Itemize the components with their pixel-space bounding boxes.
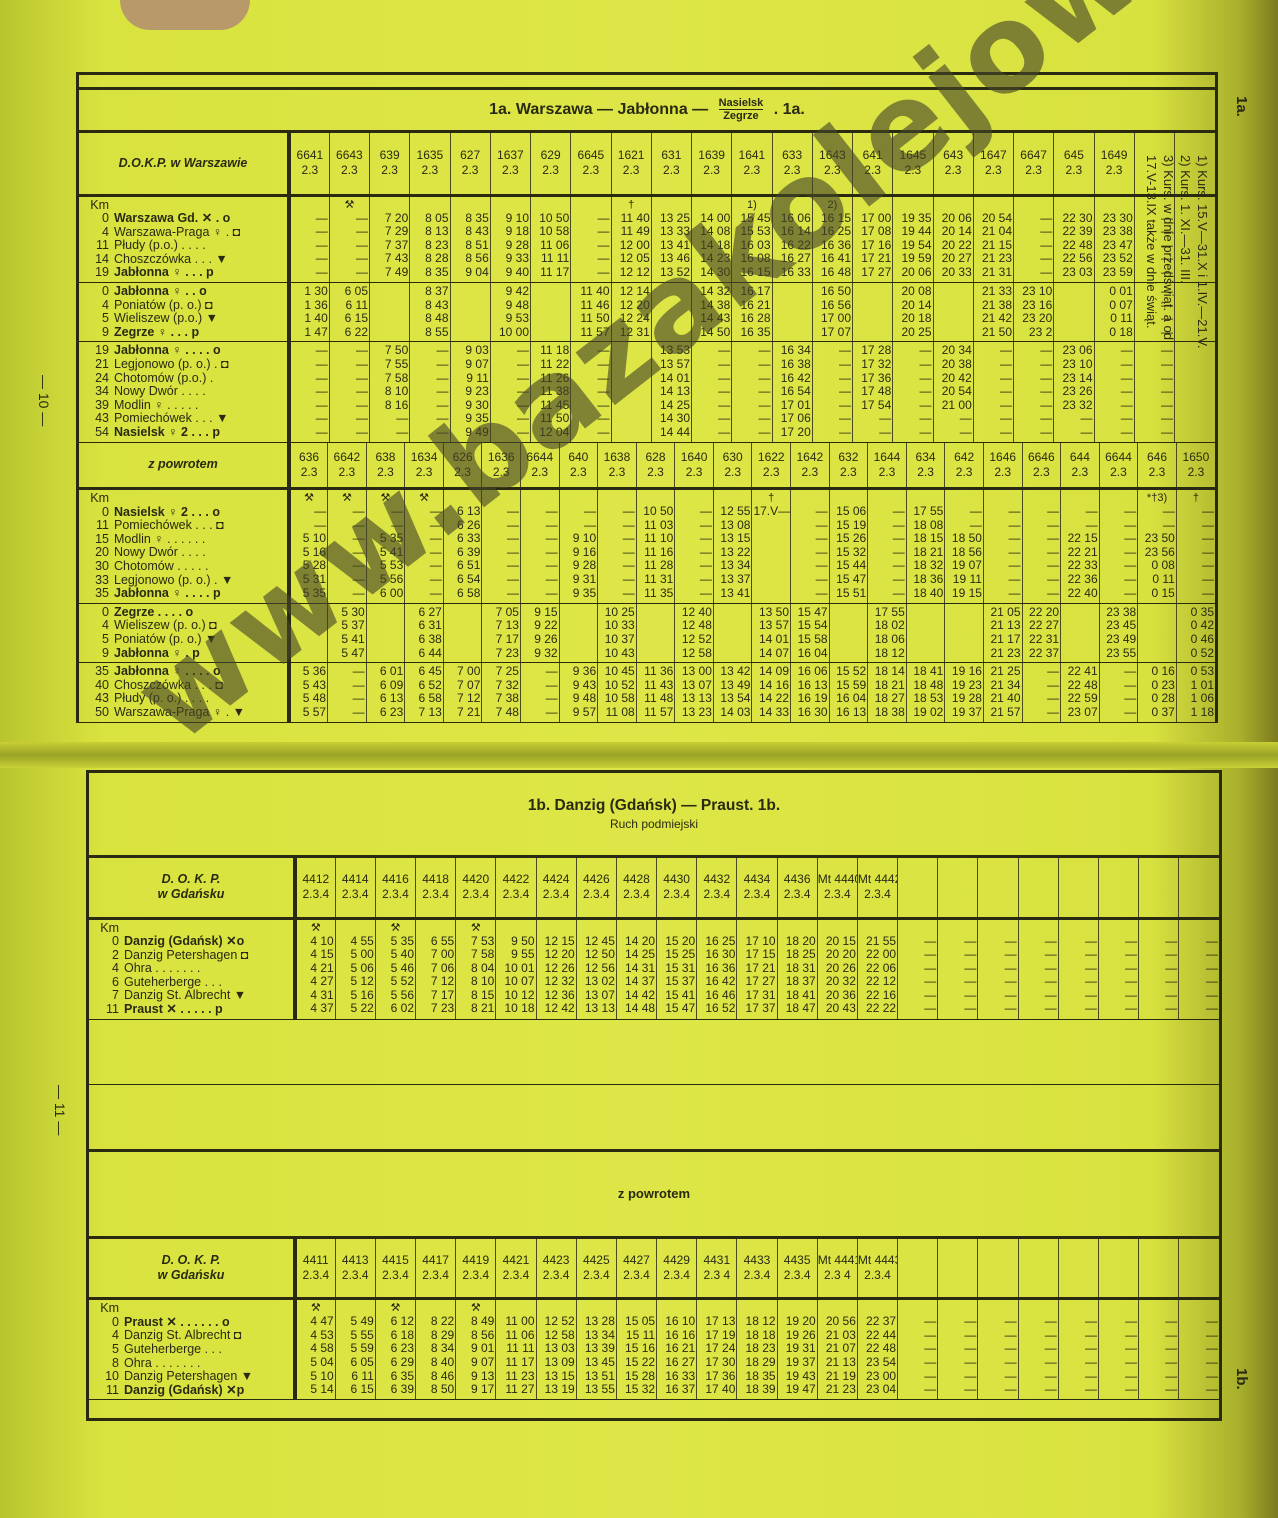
train-class: 2.3 (1066, 163, 1083, 177)
train-class: 2.3 (1106, 163, 1123, 177)
departure-time: — (869, 546, 905, 560)
station-name: Pomiechówek . . . ◘ (114, 519, 286, 533)
train-times: 16 1716 2116 2816 35 (732, 283, 772, 342)
km-value: 43 (80, 692, 109, 706)
km-label: Km (90, 922, 119, 936)
departure-time: 6 11 (331, 299, 368, 313)
departure-time: 9 42 (492, 285, 529, 299)
train-number: 636 (299, 450, 319, 464)
note-mark (859, 922, 896, 935)
train-class: 2.3 (339, 465, 356, 479)
departure-time: 14 37 (618, 975, 655, 989)
departure-time: 5 16 (337, 989, 374, 1003)
train-times (450, 283, 490, 342)
station-name: Choszczówka . . . ◘ (114, 679, 286, 693)
station-name: Jabłonna ♀ . . . . p (114, 587, 286, 601)
departure-time: 0 11 (1096, 312, 1133, 326)
train-class: 2.3 (609, 465, 626, 479)
departure-time: 16 13 (792, 679, 828, 693)
note-mark (1015, 199, 1052, 212)
departure-time: 6 58 (406, 692, 442, 706)
train-class: 2.3.4 (663, 887, 690, 901)
train-times: ———— (1099, 663, 1138, 722)
departure-time: 20 36 (819, 989, 856, 1003)
departure-time (638, 606, 674, 620)
train-col-header: 66452.3 (571, 133, 611, 195)
train-times: †11 4011 4912 0012 0512 12 (611, 195, 651, 283)
departure-time: — (572, 385, 609, 399)
departure-time: 10 12 (497, 989, 534, 1003)
train-number: 638 (375, 450, 395, 464)
departure-time: 22 27 (1024, 619, 1060, 633)
departure-time: 8 51 (452, 239, 489, 253)
departure-time: — (1180, 962, 1218, 976)
departure-time: 8 37 (411, 285, 448, 299)
departure-time: 18 41 (779, 989, 816, 1003)
departure-time (452, 326, 489, 340)
departure-time: 12 20 (613, 299, 650, 313)
departure-time: 6 15 (337, 1383, 374, 1397)
train-times: ——————— (289, 342, 329, 442)
station-name: Nasielsk ♀ 2 . . . p (114, 426, 286, 440)
departure-time (1055, 326, 1092, 340)
train-class: 2.3 (864, 163, 881, 177)
departure-time: 23 2 (1015, 326, 1052, 340)
departure-time: 22 30 (1055, 212, 1092, 226)
train-col-header: 44252.3.4 (576, 1239, 616, 1299)
departure-time: — (331, 344, 368, 358)
departure-time: — (939, 1370, 976, 1384)
station-column: Nasielsk ♀ 2 . . . oPomiechówek . . . ◘M… (113, 489, 289, 604)
departure-time: 10 37 (599, 633, 635, 647)
departure-time: 16 21 (658, 1342, 695, 1356)
departure-time: 12 56 (578, 962, 615, 976)
train-class: 2.3.4 (583, 1268, 610, 1282)
train-col-header: 44192.3.4 (456, 1239, 496, 1299)
departure-time: — (292, 372, 328, 386)
train-number: 6642 (334, 450, 361, 464)
departure-time: 22 36 (1062, 573, 1098, 587)
departure-time: 13 39 (578, 1342, 615, 1356)
station-name: Praust ✕ . . . . . p (124, 1003, 292, 1017)
departure-time: — (1024, 505, 1060, 519)
departure-time: — (1020, 962, 1057, 976)
departure-time: 5 59 (337, 1342, 374, 1356)
train-times (636, 603, 675, 662)
departure-time: 5 04 (298, 1356, 334, 1370)
departure-time: — (985, 546, 1021, 560)
station-name: Praust ✕ . . . . . . o (124, 1316, 292, 1330)
departure-time: — (1015, 266, 1052, 280)
departure-time: 20 06 (935, 212, 972, 226)
departure-time: 13 34 (578, 1329, 615, 1343)
departure-time: — (814, 344, 851, 358)
departure-time: 23 06 (1055, 344, 1092, 358)
departure-time: 16 36 (698, 962, 735, 976)
departure-time (561, 633, 597, 647)
station-name: Danzig St. Albrecht ▼ (124, 989, 292, 1003)
train-number: 4415 (382, 1253, 409, 1267)
departure-time: — (331, 385, 368, 399)
train-number: 4434 (744, 872, 771, 886)
departure-time (854, 312, 891, 326)
departure-time: 12 40 (676, 606, 712, 620)
departure-time: 22 16 (859, 989, 896, 1003)
train-class: 2.3 (663, 163, 680, 177)
station-name: Chotomów . . . . . (114, 560, 286, 574)
departure-time: 8 10 (371, 385, 408, 399)
departure-time: 5 57 (292, 706, 326, 720)
departure-time: 17 16 (854, 239, 891, 253)
departure-time: 17 07 (814, 326, 851, 340)
departure-time: 4 55 (337, 935, 374, 949)
train-class: 2.3 (341, 163, 358, 177)
departure-time: 19 26 (779, 1329, 816, 1343)
departure-time: 18 15 (908, 532, 944, 546)
departure-time: 11 36 (638, 665, 674, 679)
departure-time: 13 22 (715, 546, 751, 560)
note-mark (894, 199, 931, 212)
departure-time: 10 01 (497, 962, 534, 976)
departure-time (935, 285, 972, 299)
departure-time: — (1140, 1002, 1177, 1016)
departure-time: 22 00 (859, 948, 896, 962)
departure-time: 7 07 (445, 679, 481, 693)
departure-time: 13 51 (578, 1370, 615, 1384)
train-times: ⚒——————— (405, 489, 444, 604)
departure-time: 8 22 (417, 1315, 454, 1329)
departure-time: — (1024, 559, 1060, 573)
note-mark (417, 922, 454, 935)
train-times: ——————— (675, 489, 714, 604)
departure-time: 23 32 (1055, 399, 1092, 413)
km-value: 39 (80, 399, 109, 413)
train-number: 642 (954, 450, 974, 464)
km-value: 40 (80, 679, 109, 693)
train-times: ⚒5 355 405 465 525 566 02 (375, 918, 415, 1019)
departure-time: 15 20 (658, 935, 695, 949)
train-times: ——————— (329, 342, 369, 442)
train-times (933, 283, 973, 342)
departure-time: — (1136, 399, 1173, 413)
departure-time: 12 58 (538, 1329, 575, 1343)
train-class: 2.3.4 (864, 887, 891, 901)
departure-time: — (894, 385, 931, 399)
station-name: Legjonowo (p. o.) . ◘ (114, 358, 286, 372)
departure-time (908, 633, 944, 647)
train-times: 21 5522 0022 0622 1222 1622 22 (857, 918, 897, 1019)
departure-time (1062, 633, 1098, 647)
departure-time: — (733, 372, 770, 386)
departure-time: 5 49 (337, 1315, 374, 1329)
station-column: Zegrze . . . . oWieliszew (p. o.) ◘Ponia… (113, 603, 289, 662)
departure-time: — (1062, 519, 1098, 533)
departure-time: 10 50 (638, 505, 674, 519)
train-col-header: 6382.3 (366, 443, 405, 489)
km-value: 43 (80, 412, 109, 426)
km-value: 24 (80, 372, 109, 386)
train-col-header: 6442.3 (1061, 443, 1100, 489)
departure-time: — (899, 1356, 936, 1370)
station-name: Danzig Petershagen ◘ (124, 949, 292, 963)
train-times: 6 276 316 386 44 (405, 603, 444, 662)
departure-time: 13 46 (653, 252, 690, 266)
departure-time (1055, 299, 1092, 313)
departure-time: — (572, 399, 609, 413)
departure-time: 15 54 (792, 619, 828, 633)
departure-time: 8 21 (457, 1002, 494, 1016)
departure-time: — (894, 372, 931, 386)
train-times (1054, 283, 1094, 342)
departure-time: 20 54 (935, 385, 972, 399)
train-col-header: 44112.3.4 (295, 1239, 335, 1299)
departure-time (1176, 399, 1214, 413)
departure-time: 10 52 (599, 679, 635, 693)
train-class: 2.3.4 (543, 1268, 570, 1282)
train-times: ——————— (983, 489, 1022, 604)
train-col-header: 44332.3.4 (737, 1239, 777, 1299)
departure-time: 19 16 (946, 665, 982, 679)
subtitle-1b: Ruch podmiejski (89, 817, 1219, 831)
departure-time: 20 06 (894, 266, 931, 280)
departure-time: 23 30 (1096, 212, 1133, 226)
departure-time: — (1096, 358, 1133, 372)
train-times: 20 0820 1420 1820 25 (893, 283, 933, 342)
departure-time: 13 07 (676, 679, 712, 693)
train-times: 13 2513 3313 4113 4613 52 (651, 195, 691, 283)
train-col-header: 6432.3 (933, 133, 973, 195)
departure-time: — (975, 426, 1012, 440)
departure-time: — (522, 505, 558, 519)
departure-time: — (1024, 706, 1060, 720)
station-name: Warszawa-Praga ♀ . ▼ (114, 706, 286, 720)
train-class: 2.3.4 (663, 1268, 690, 1282)
departure-time: 6 38 (406, 633, 442, 647)
train-class: 2.3.4 (784, 1268, 811, 1282)
train-number: Mt 4440 (818, 872, 858, 886)
train-col-header: 66442.3 (520, 443, 559, 489)
train-times: 21 2521 3421 4021 57 (983, 663, 1022, 722)
departure-time (532, 326, 569, 340)
departure-time (831, 633, 867, 647)
departure-time: — (483, 559, 519, 573)
departure-time: 19 35 (894, 212, 931, 226)
departure-time (1139, 619, 1175, 633)
departure-time: 13 55 (578, 1383, 615, 1397)
departure-time: 0 28 (1139, 692, 1175, 706)
departure-time: — (1101, 559, 1137, 573)
departure-time: 11 57 (638, 706, 674, 720)
departure-time: 20 22 (935, 239, 972, 253)
train-col-header: Mt 44402.3.4 (817, 858, 857, 918)
train-class: 2.3.4 (302, 1268, 329, 1282)
departure-time: 16 19 (792, 692, 828, 706)
departure-time: — (1096, 399, 1133, 413)
note-mark (935, 199, 972, 212)
departure-time: — (522, 692, 558, 706)
departure-time: — (1020, 1356, 1057, 1370)
departure-time: — (1140, 1315, 1177, 1329)
departure-time: — (522, 532, 558, 546)
departure-time (1062, 647, 1098, 661)
train-times: 11 1811 2211 2611 3811 4511 5012 04 (531, 342, 571, 442)
departure-time: 16 37 (658, 1383, 695, 1397)
departure-time: — (329, 665, 365, 679)
departure-time: 22 37 (1024, 647, 1060, 661)
departure-time: — (1024, 587, 1060, 601)
departure-time: 16 08 (733, 252, 770, 266)
departure-time: 6 02 (377, 1002, 414, 1016)
train-number: 6643 (336, 148, 363, 162)
departure-time: 14 33 (753, 706, 789, 720)
train-times: 10 5011 0311 1011 1611 2811 3111 35 (636, 489, 675, 604)
departure-time: 23 03 (1055, 266, 1092, 280)
departure-time (1055, 312, 1092, 326)
train-number-header: D. O. K. P.w Gdańsku44122.3.444142.3.444… (89, 858, 1219, 918)
train-col-header (1139, 858, 1179, 918)
departure-time: 9 57 (561, 706, 597, 720)
departure-time: — (329, 587, 365, 601)
train-times: ——————— (868, 489, 907, 604)
departure-time: 14 01 (653, 372, 690, 386)
departure-time: — (483, 505, 519, 519)
departure-time: 18 08 (908, 519, 944, 533)
train-number: 1639 (698, 148, 725, 162)
departure-time (1176, 412, 1214, 426)
train-class: 2.3.4 (583, 887, 610, 901)
train-times: ⚒7 537 588 048 108 158 21 (456, 918, 496, 1019)
departure-time: 12 00 (613, 239, 650, 253)
departure-time: 17 30 (698, 1356, 735, 1370)
departure-time: 20 14 (935, 225, 972, 239)
train-number: 1646 (989, 450, 1016, 464)
train-number: 4435 (784, 1253, 811, 1267)
departure-time: — (331, 239, 368, 253)
train-times: ————— (1014, 195, 1054, 283)
departure-time (753, 546, 789, 560)
departure-time: — (572, 358, 609, 372)
departure-time: 13 49 (715, 679, 751, 693)
departure-time: 11 22 (532, 358, 569, 372)
departure-time: 23 55 (1101, 647, 1137, 661)
departure-time: — (522, 706, 558, 720)
departure-time: 12 42 (538, 1002, 575, 1016)
departure-time: — (693, 426, 730, 440)
departure-time: — (406, 505, 442, 519)
departure-time: 15 06 (831, 505, 867, 519)
train-times: 6 136 266 336 396 516 546 58 (443, 489, 482, 604)
departure-time: — (1140, 1356, 1177, 1370)
departure-time: 13 42 (715, 665, 751, 679)
station-name: Nasielsk ♀ 2 . . . o (114, 506, 286, 520)
train-class: 2.3 (1033, 465, 1050, 479)
station-column: Danzig (Gdańsk) ✕oDanzig Petershagen ◘Oh… (123, 918, 295, 1019)
train-times: 9 159 229 269 32 (520, 603, 559, 662)
train-col-header: 44352.3.4 (777, 1239, 817, 1299)
departure-time: — (411, 412, 448, 426)
departure-time: 11 28 (638, 559, 674, 573)
table-1b-inbound: D. O. K. P.w Gdańsku44112.3.444132.3.444… (89, 1239, 1219, 1401)
departure-time: 9 53 (492, 312, 529, 326)
train-col-header: 16422.3 (791, 443, 830, 489)
train-number: 4431 (703, 1253, 730, 1267)
departure-time: 13 03 (538, 1342, 575, 1356)
departure-time (638, 647, 674, 661)
departure-time: — (979, 1315, 1016, 1329)
departure-time: — (1178, 532, 1214, 546)
departure-time: — (368, 519, 404, 533)
departure-time: 5 43 (292, 679, 326, 693)
departure-time: 5 35 (292, 587, 326, 601)
train-number: 1650 (1183, 450, 1210, 464)
title-1a-fraction: NasielskZegrze (719, 97, 764, 122)
train-class: 2.3.4 (342, 1268, 369, 1282)
departure-time: — (329, 573, 365, 587)
departure-time: 7 23 (417, 1002, 454, 1016)
note-mark (653, 199, 690, 212)
departure-time: 5 56 (377, 989, 414, 1003)
train-class: 2.3 (301, 465, 318, 479)
departure-time (368, 633, 404, 647)
departure-time: — (1180, 1002, 1218, 1016)
departure-time: 6 35 (377, 1370, 414, 1384)
departure-time: 11 49 (613, 225, 650, 239)
departure-time: 20 15 (819, 935, 856, 949)
departure-time: 11 50 (532, 412, 569, 426)
train-times: 21 0521 1321 1721 23 (983, 603, 1022, 662)
train-col-header: 16352.3 (410, 133, 450, 195)
departure-time: — (1140, 975, 1177, 989)
departure-time: 20 08 (894, 285, 931, 299)
departure-time: — (899, 1315, 936, 1329)
departure-time: — (331, 225, 368, 239)
train-times: ——22 1522 2122 3322 3622 40 (1061, 489, 1100, 604)
note-mark (854, 199, 891, 212)
train-col-header: 16402.3 (675, 443, 714, 489)
departure-time: 18 12 (738, 1315, 775, 1329)
train-class: 2.3 (542, 163, 559, 177)
train-times: 23 0623 1023 1423 2623 32—— (1054, 342, 1094, 442)
departure-time: — (1015, 399, 1052, 413)
departure-time: 14 03 (715, 706, 751, 720)
departure-time: 18 56 (946, 546, 982, 560)
train-times: —————— (1058, 918, 1098, 1019)
departure-time: 17 20 (774, 426, 811, 440)
departure-time: 8 48 (411, 312, 448, 326)
departure-time: 12 14 (613, 285, 650, 299)
departure-time: — (492, 358, 529, 372)
departure-time: 0 15 (1139, 587, 1175, 601)
train-times: 19 2019 2619 3119 3719 4319 47 (777, 1299, 817, 1400)
departure-time: — (492, 426, 529, 440)
train-class: 2.3 (763, 465, 780, 479)
departure-time: — (406, 587, 442, 601)
departure-time: 9 10 (492, 212, 529, 226)
departure-time: 6 01 (368, 665, 404, 679)
departure-time: 7 13 (406, 706, 442, 720)
departure-time: — (411, 385, 448, 399)
departure-time: — (1100, 1329, 1137, 1343)
departure-time: 23 59 (1096, 266, 1133, 280)
departure-time: 8 49 (457, 1315, 494, 1329)
departure-time: — (1060, 962, 1097, 976)
departure-time: — (1055, 412, 1092, 426)
departure-time: — (522, 587, 558, 601)
station-name: Guteherberge . . . (124, 1343, 292, 1357)
train-number: 6645 (578, 148, 605, 162)
departure-time: — (292, 519, 326, 533)
train-times: 18 4118 4818 5319 02 (906, 663, 945, 722)
